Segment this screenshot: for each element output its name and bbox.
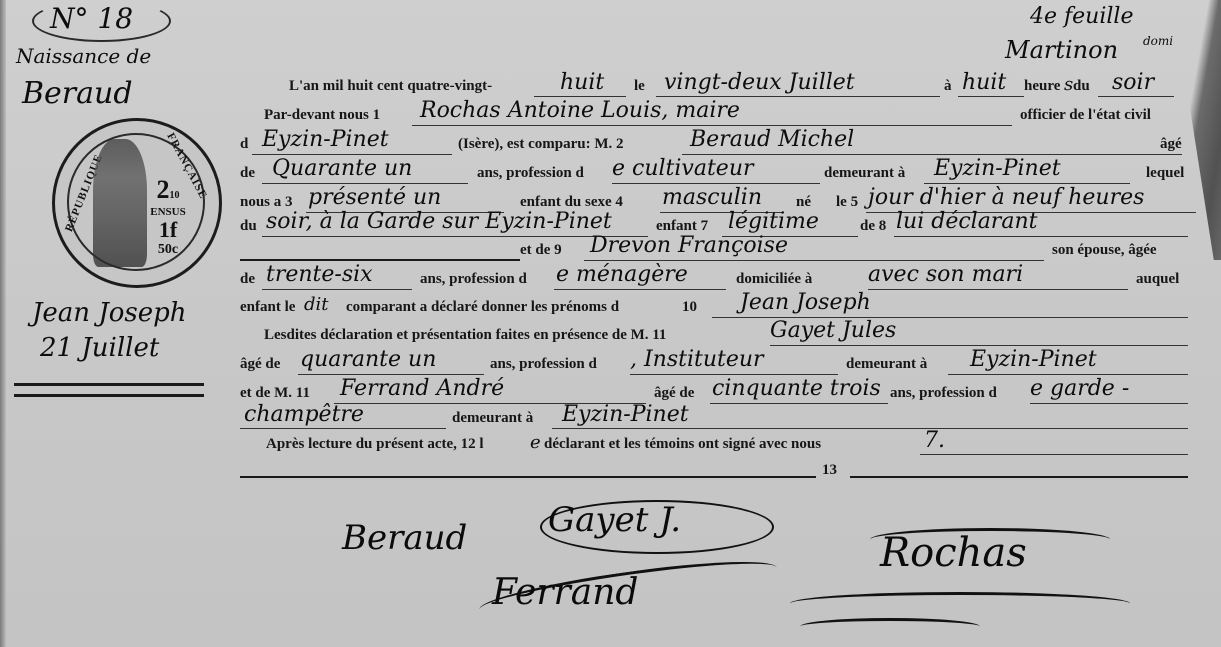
act-text: ans, profession d — [890, 385, 997, 402]
margin-double-rule — [14, 383, 204, 397]
act-text: lequel — [1146, 165, 1184, 182]
fill-line — [240, 476, 816, 478]
margin-surname: Beraud — [22, 76, 133, 111]
witness1-profession-field: , Instituteur — [630, 347, 764, 372]
signature-declarant: Beraud — [342, 518, 467, 558]
signature-flourish — [790, 592, 1130, 615]
act-text: demeurant à — [824, 165, 905, 182]
fill-line — [770, 345, 1188, 346]
act-text: ans, profession d — [490, 356, 597, 373]
corner-note-line1: 4e feuille — [1030, 4, 1133, 29]
act-text: à — [944, 78, 952, 95]
act-text: 10 — [682, 299, 697, 316]
declarant-article-field-2: e — [530, 432, 541, 453]
child-sex-field: masculin — [662, 185, 762, 210]
fill-line — [240, 259, 520, 261]
act-text: officier de l'état civil — [1020, 107, 1151, 124]
entry-number: N° 18 — [50, 2, 133, 35]
act-text: (Isère), est comparu: M. 2 — [458, 136, 624, 153]
declarant-article-field: dit — [304, 294, 329, 315]
act-text: du — [1073, 78, 1090, 95]
legitimacy-field: légitime — [728, 209, 819, 234]
stamp-value: 210 ENSUS 1f 50c — [147, 177, 189, 257]
act-text: heure — [1024, 78, 1060, 95]
act-text: ans, profession d — [420, 271, 527, 288]
revenue-stamp: RÉPUBLIQUE FRANÇAISE 210 ENSUS 1f 50c — [52, 118, 222, 288]
act-text: de — [240, 271, 255, 288]
act-text: L'an mil huit cent quatre-vingt- — [289, 78, 492, 95]
witness1-age-field: quarante un — [300, 347, 436, 372]
corner-note-line3: domi — [1143, 34, 1173, 48]
act-text: 13 — [822, 462, 837, 479]
act-text: Par-devant nous 1 — [264, 107, 380, 124]
fill-line — [252, 154, 452, 155]
stamp-value-top: 2 — [157, 175, 170, 204]
act-text: et de 9 — [520, 242, 562, 259]
hour-plural-field: s — [1064, 74, 1073, 95]
act-text: âgé de — [654, 385, 694, 402]
mother-profession-field: e ménagère — [556, 262, 688, 287]
fill-line — [552, 428, 1188, 429]
fill-line — [298, 374, 484, 375]
fill-line — [924, 183, 1130, 184]
act-text: comparant a déclaré donner les prénoms d — [346, 299, 619, 316]
stamp-value-cents: 50c — [158, 242, 178, 257]
stamp-value-bottom: 1f — [159, 217, 177, 242]
fill-line — [412, 125, 1012, 126]
mother-residence-field: avec son mari — [868, 262, 1023, 287]
fill-line — [534, 96, 626, 97]
officer-name-field: Rochas Antoine Louis, maire — [420, 98, 740, 123]
declarant-age-field: Quarante un — [272, 156, 412, 181]
fill-line — [710, 403, 888, 404]
presented-field: présenté un — [308, 185, 441, 210]
act-text: son épouse, âgée — [1052, 242, 1157, 259]
act-text: âgé de — [240, 356, 280, 373]
witness1-name-field: Gayet Jules — [770, 318, 896, 343]
corner-note-line2: Martinon — [1005, 36, 1118, 64]
fill-line — [958, 96, 1024, 97]
mother-age-field: trente-six — [266, 262, 373, 287]
act-text: demeurant à — [452, 410, 533, 427]
fill-line — [948, 374, 1188, 375]
page-edge — [0, 0, 6, 647]
signature-note-field: 7. — [924, 428, 945, 453]
fill-line — [612, 183, 820, 184]
marianne-figure-icon — [93, 139, 147, 267]
act-text: le 5 — [836, 194, 858, 211]
margin-given-names: Jean Joseph — [32, 298, 187, 328]
act-text: Après lecture du présent acte, 12 l — [266, 436, 484, 453]
act-text: de — [240, 165, 255, 182]
child-given-names-field: Jean Joseph — [740, 290, 871, 315]
act-text: de 8 — [860, 218, 886, 235]
year-field: huit — [560, 70, 604, 95]
act-text: d — [240, 136, 248, 153]
date-field: vingt-deux Juillet — [664, 70, 855, 95]
hour-field: huit — [962, 70, 1006, 95]
margin-date: 21 Juillet — [40, 333, 159, 363]
stamp-value-frac: 10 — [170, 190, 180, 201]
signature-mayor: Rochas — [880, 530, 1027, 576]
fill-line — [868, 289, 1128, 290]
birth-time-field: jour d'hier à neuf heures — [868, 185, 1144, 210]
mother-name-field: Drevon Françoise — [590, 233, 788, 258]
fill-line — [656, 96, 940, 97]
witness2-name-field: Ferrand André — [340, 376, 504, 401]
act-text: le — [634, 78, 645, 95]
act-text: ans, profession d — [477, 165, 584, 182]
commune-field: Eyzin-Pinet — [262, 127, 389, 152]
witness2-residence-field: Eyzin-Pinet — [562, 402, 689, 427]
fill-line — [584, 260, 1044, 261]
fill-line — [894, 236, 1188, 237]
act-text: du — [240, 218, 257, 235]
fill-line — [554, 289, 726, 290]
father-field: lui déclarant — [896, 209, 1037, 234]
act-text: demeurant à — [846, 356, 927, 373]
fill-line — [262, 289, 412, 290]
act-text: déclarant et les témoins ont signé avec … — [544, 436, 821, 453]
fill-line — [262, 183, 468, 184]
fill-line — [630, 374, 838, 375]
declarant-profession-field: e cultivateur — [612, 156, 754, 181]
fill-line — [850, 476, 1188, 478]
signature-flourish — [800, 618, 980, 635]
declarant-residence-field: Eyzin-Pinet — [934, 156, 1061, 181]
act-text: auquel — [1136, 271, 1179, 288]
witness1-residence-field: Eyzin-Pinet — [970, 347, 1097, 372]
time-of-day-field: soir — [1112, 70, 1154, 95]
witness2-age-field: cinquante trois — [712, 376, 881, 401]
fill-line — [1030, 403, 1188, 404]
act-text: enfant le — [240, 299, 295, 316]
document-page: N° 18 Naissance de Beraud RÉPUBLIQUE FRA… — [0, 0, 1221, 647]
act-text: Lesdites déclaration et présentation fai… — [264, 327, 666, 344]
margin-title-line1: Naissance de — [16, 44, 151, 68]
fill-line — [240, 428, 446, 429]
declarant-name-field: Beraud Michel — [690, 127, 854, 152]
act-text: âgé — [1160, 136, 1182, 153]
fill-line — [920, 454, 1188, 455]
witness2-profession-cont-field: champêtre — [244, 402, 364, 427]
act-text: et de M. 11 — [240, 385, 310, 402]
witness2-profession-field: e garde - — [1030, 376, 1129, 401]
signature-witness2: Ferrand — [492, 572, 638, 613]
act-text: domiciliée à — [736, 271, 812, 288]
birth-place-field: soir, à la Garde sur Eyzin-Pinet — [266, 209, 612, 234]
signature-witness1: Gayet J. — [548, 500, 681, 540]
fill-line — [682, 154, 1182, 155]
fill-line — [1098, 96, 1174, 97]
